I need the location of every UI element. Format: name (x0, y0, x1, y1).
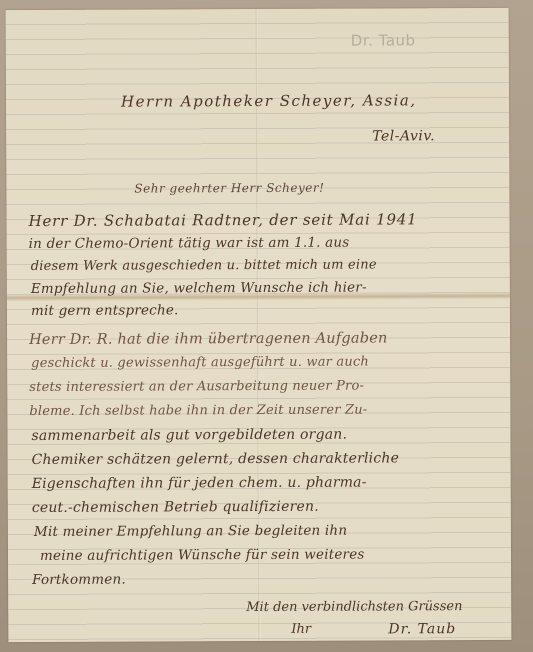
salutation: Sehr geehrter Herr Scheyer! (134, 181, 324, 196)
letterhead-stamp: Dr. Taub (351, 31, 416, 49)
paragraph-2-line-5: sammenarbeit als gut vorgebildeten organ… (31, 427, 347, 444)
paragraph-2-line-8: ceut.-chemischen Betrieb qualifizieren. (32, 499, 319, 516)
paragraph-2-line-2: geschickt u. gewissenhaft ausgeführt u. … (31, 355, 369, 371)
paragraph-1-line-5: mit gern entspreche. (31, 302, 179, 319)
recipient-address-line-2: Tel-Aviv. (372, 128, 435, 144)
paragraph-2-line-4: bleme. Ich selbst habe ihn in der Zeit u… (29, 403, 367, 419)
paragraph-2-line-6: Chemiker schätzen gelernt, dessen charak… (32, 450, 400, 468)
signature: Dr. Taub (388, 621, 456, 637)
paragraph-1-line-4: Empfehlung an Sie, welchem Wunsche ich h… (31, 280, 367, 297)
closing-phrase: Mit den verbindlichsten Grüssen (246, 599, 462, 615)
paragraph-2-line-11: Fortkommen. (32, 572, 126, 588)
paragraph-2-line-7: Eigenschaften ihn für jeden chem. u. pha… (32, 475, 367, 492)
paragraph-1-line-2: in der Chemo-Orient tätig war ist am 1.1… (29, 235, 350, 252)
paragraph-1-line-1: Herr Dr. Schabatai Radtner, der seit Mai… (29, 210, 418, 230)
valediction: Ihr (291, 622, 311, 637)
letter-paper: Dr. Taub Herrn Apotheker Scheyer, Assia,… (6, 8, 512, 642)
paragraph-2-line-3: stets interessiert an der Ausarbeitung n… (29, 379, 364, 395)
recipient-address-line-1: Herrn Apotheker Scheyer, Assia, (121, 91, 417, 110)
paragraph-1-line-3: diesem Werk ausgeschieden u. bittet mich… (31, 257, 377, 274)
paragraph-2-line-10: meine aufrichtigen Wünsche für sein weit… (40, 547, 365, 564)
paragraph-2-line-1: Herr Dr. R. hat die ihm übertragenen Auf… (29, 330, 388, 348)
paragraph-2-line-9: Mit meiner Empfehlung an Sie begleiten i… (34, 523, 347, 540)
